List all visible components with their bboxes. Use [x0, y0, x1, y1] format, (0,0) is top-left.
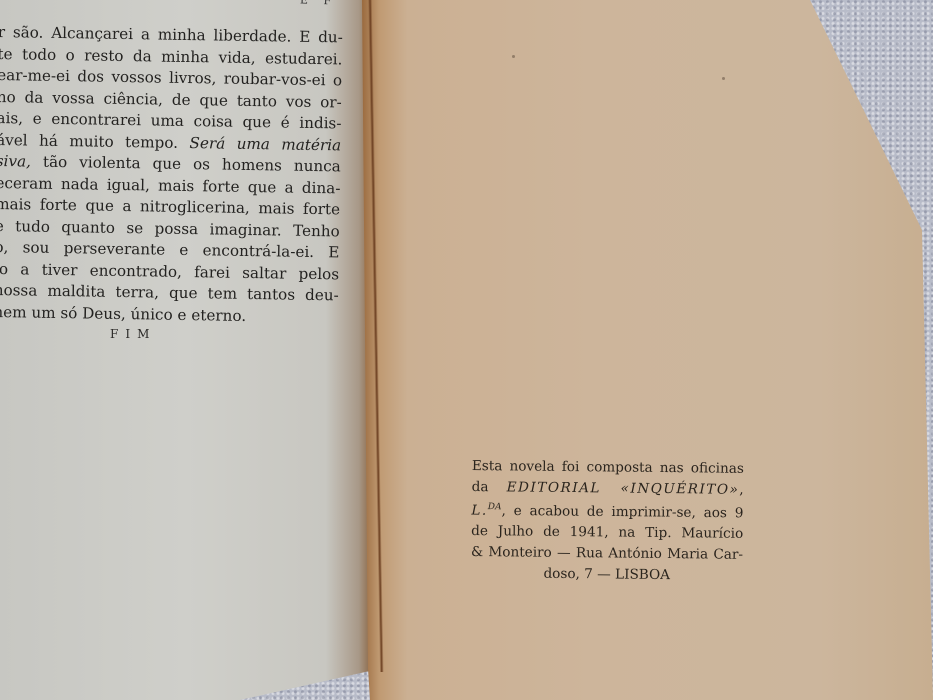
publisher-name: EDITORIAL «INQUÉRITO»: [507, 479, 740, 497]
running-header: E F: [300, 0, 338, 8]
colophon: Esta novela foi composta nas oficinas da…: [471, 456, 744, 586]
book-photo: E F r são. Alcançarei a minha liberdade.…: [0, 0, 933, 700]
italic-phrase: Será uma matéria: [189, 134, 341, 154]
italic-phrase: siva,: [0, 152, 31, 171]
colophon-line: Esta novela foi composta nas oficinas: [472, 456, 744, 479]
colophon-line: & Monteiro — Rua António Maria Car-: [471, 542, 743, 565]
left-page: E F r são. Alcançarei a minha liberdade.…: [0, 0, 370, 700]
colophon-line: doso, 7 — LISBOA: [471, 562, 743, 585]
colophon-line: de Julho de 1941, na Tip. Maurício: [471, 521, 743, 544]
colophon-line: da EDITORIAL «INQUÉRITO»,: [472, 477, 744, 500]
left-page-text: r são. Alcançarei a minha liberdade. E d…: [0, 22, 343, 328]
paper-speck: [722, 77, 725, 80]
right-page: [362, 0, 933, 700]
end-mark: FIM: [110, 327, 156, 341]
colophon-line: L.DA, e acabou de imprimir-se, aos 9: [471, 497, 743, 524]
paper-speck: [512, 55, 515, 58]
